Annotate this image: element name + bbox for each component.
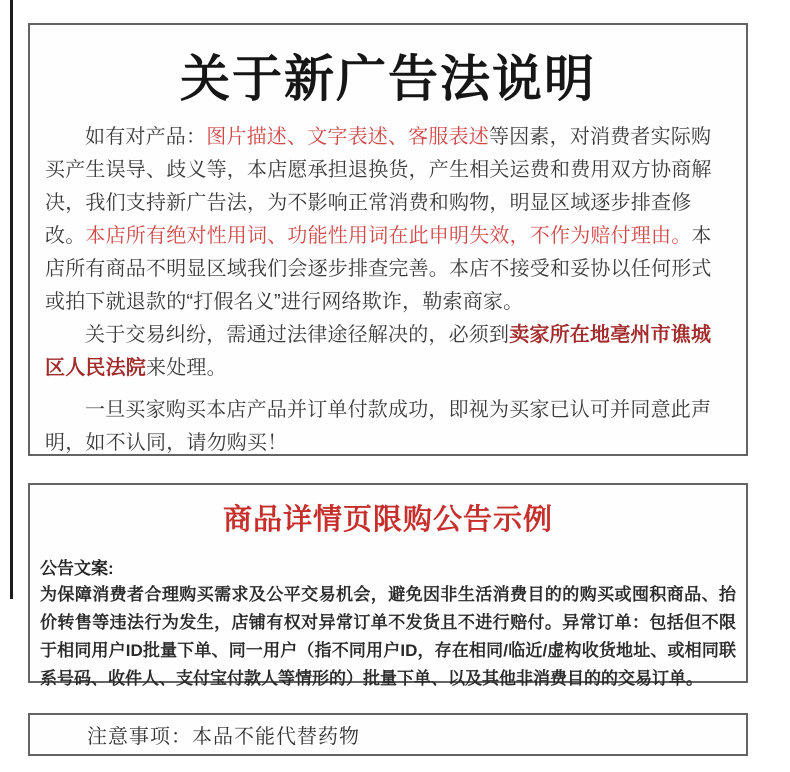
- notice-paragraph-3: 一旦买家购买本店产品并订单付款成功，即视为买家已认可并同意此声明，如不认同，请勿…: [45, 394, 731, 460]
- caution-note-text: 注意事项：本品不能代替药物: [87, 720, 360, 749]
- new-ad-law-notice-box: 关于新广告法说明 如有对产品：图片描述、文字表述、客服表述等因素，对消费者实际购…: [28, 23, 748, 456]
- text-segment-red: 本店所有绝对性用词、功能性用词在此申明失效，不作为赔付理由。: [85, 225, 691, 247]
- restriction-title: 商品详情页限购公告示例: [40, 497, 736, 538]
- page: { "colors": { "inline_red": "#d04848", "…: [0, 0, 790, 772]
- text-segment-red: 图片描述、文字表述、客服表述: [206, 126, 489, 148]
- restriction-copy-label: 公告文案:: [40, 554, 736, 579]
- notice-paragraph-2: 关于交易纠纷，需通过法律途径解决的，必须到卖家所在地亳州市谯城区人民法院来处理。: [45, 319, 731, 385]
- purchase-restriction-box: 商品详情页限购公告示例 公告文案: 为保障消费者合理购买需求及公平交易机会，避免…: [28, 483, 748, 683]
- notice-title: 关于新广告法说明: [45, 51, 731, 107]
- text-segment-normal: 来处理。: [146, 357, 227, 379]
- notice-paragraph-1: 如有对产品：图片描述、文字表述、客服表述等因素，对消费者实际购买产生误导、歧义等…: [45, 121, 731, 319]
- text-segment-normal: 关于交易纠纷，需通过法律途径解决的，必须到: [85, 324, 509, 346]
- left-edge-rule: [10, 0, 13, 599]
- text-segment-normal: 一旦买家购买本店产品并订单付款成功，即视为买家已认可并同意此声明，如不认同，请勿…: [45, 399, 711, 454]
- text-segment-normal: 如有对产品：: [85, 126, 206, 148]
- restriction-body-text: 为保障消费者合理购买需求及公平交易机会，避免因非生活消费目的的购买或囤积商品、抬…: [40, 581, 736, 693]
- caution-note-box: 注意事项：本品不能代替药物: [28, 713, 748, 756]
